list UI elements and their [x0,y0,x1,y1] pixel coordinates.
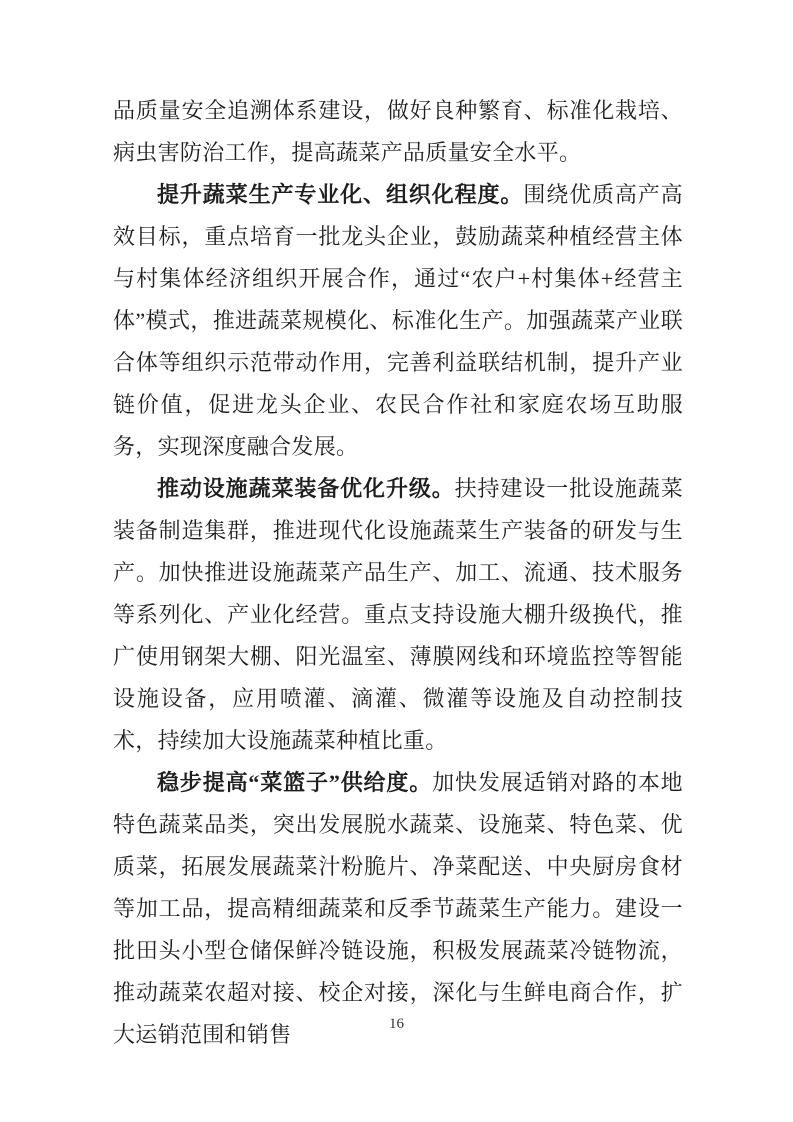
body-paragraph: 提升蔬菜生产专业化、组织化程度。围绕优质高产高效目标，重点培育一批龙头企业，鼓励… [113,174,683,468]
paragraph-text: 围绕优质高产高效目标，重点培育一批龙头企业，鼓励蔬菜种植经营主体与村集体经济组织… [113,182,683,459]
document-page: 品质量安全追溯体系建设，做好良种繁育、标准化栽培、病虫害防治工作，提高蔬菜产品质… [0,0,793,1122]
paragraph-text: 品质量安全追溯体系建设，做好良种繁育、标准化栽培、病虫害防治工作，提高蔬菜产品质… [113,98,683,165]
page-number: 16 [0,1016,793,1033]
paragraph-lead: 提升蔬菜生产专业化、组织化程度。 [157,182,523,207]
body-paragraph: 推动设施蔬菜装备优化升级。扶持建设一批设施蔬菜装备制造集群，推进现代化设施蔬菜生… [113,468,683,762]
paragraph-lead: 稳步提高“菜篮子”供给度。 [157,770,432,795]
paragraph-lead: 推动设施蔬菜装备优化升级。 [157,476,455,501]
paragraph-text: 加快发展适销对路的本地特色蔬菜品类，突出发展脱水蔬菜、设施菜、特色菜、优质菜，拓… [113,770,683,1047]
text-body: 品质量安全追溯体系建设，做好良种繁育、标准化栽培、病虫害防治工作，提高蔬菜产品质… [113,90,683,1056]
paragraph-text: 扶持建设一批设施蔬菜装备制造集群，推进现代化设施蔬菜生产装备的研发与生产。加快推… [113,476,683,753]
body-paragraph: 稳步提高“菜篮子”供给度。加快发展适销对路的本地特色蔬菜品类，突出发展脱水蔬菜、… [113,762,683,1056]
body-paragraph: 品质量安全追溯体系建设，做好良种繁育、标准化栽培、病虫害防治工作，提高蔬菜产品质… [113,90,683,174]
